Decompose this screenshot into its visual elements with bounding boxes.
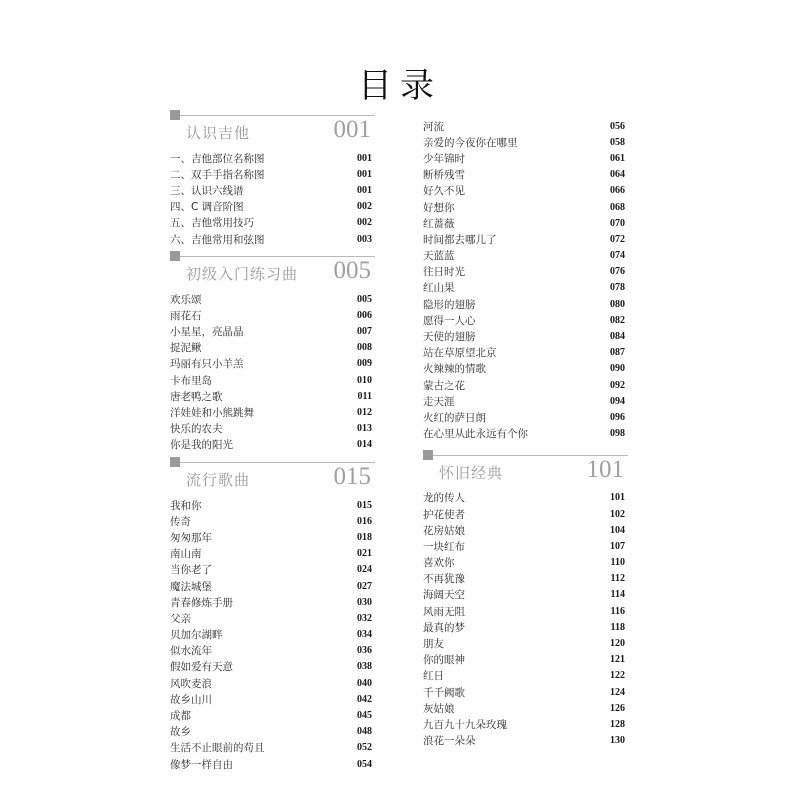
toc-entry-title: 欢乐颂 — [170, 292, 202, 307]
toc-entry-title: 六、吉他常用和弦图 — [170, 232, 265, 247]
toc-entry-title: 往日时光 — [423, 264, 465, 279]
toc-entry[interactable]: 火红的萨日朗096 — [423, 409, 628, 425]
toc-entry[interactable]: 贝加尔湖畔034 — [170, 627, 375, 643]
toc-entry-page: 052 — [357, 742, 375, 753]
section-start-page: 001 — [334, 115, 372, 145]
toc-entry-title: 成都 — [170, 708, 191, 723]
toc-entry-page: 001 — [357, 185, 375, 196]
toc-entry-title: 玛丽有只小羊羔 — [170, 356, 244, 371]
toc-entry[interactable]: 假如爱有天意038 — [170, 659, 375, 675]
toc-entry-page: 068 — [610, 202, 628, 213]
toc-entry-page: 015 — [357, 500, 375, 511]
toc-entry[interactable]: 在心里从此永远有个你098 — [423, 426, 628, 442]
toc-entry[interactable]: 传奇016 — [170, 513, 375, 529]
toc-entry-title: 好久不见 — [423, 183, 465, 198]
toc-entry-title: 唐老鸭之歌 — [170, 389, 223, 404]
toc-entry-title: 故乡 — [170, 724, 191, 739]
section-marker-square — [170, 457, 180, 467]
toc-entry-page: 072 — [610, 234, 628, 245]
section-title: 怀旧经典 — [439, 462, 503, 483]
section-marker-square — [423, 450, 433, 460]
toc-right-column: 河流056亲爱的今夜你在哪里058少年锦时061断桥残雪064好久不见066好想… — [423, 118, 628, 749]
toc-entry-title: 似水流年 — [170, 643, 212, 658]
toc-entry-title: 红日 — [423, 668, 444, 683]
toc-entry[interactable]: 风雨无阻116 — [423, 603, 628, 619]
section-header: 流行歌曲015 — [170, 457, 375, 497]
toc-entry-title: 龙的传人 — [423, 490, 465, 505]
toc-entry-page: 021 — [357, 548, 375, 559]
toc-entry[interactable]: 三、认识六线谱001 — [170, 182, 375, 198]
toc-entry[interactable]: 六、吉他常用和弦图003 — [170, 231, 375, 247]
toc-entry[interactable]: 你的眼神121 — [423, 652, 628, 668]
toc-entry[interactable]: 风吹麦浪040 — [170, 675, 375, 691]
toc-entry-page: 038 — [357, 661, 375, 672]
toc-entry-title: 在心里从此永远有个你 — [423, 426, 528, 441]
toc-entry[interactable]: 站在草原望北京087 — [423, 345, 628, 361]
toc-entry-page: 064 — [610, 169, 628, 180]
toc-entry[interactable]: 天使的翅膀084 — [423, 328, 628, 344]
toc-entry-page: 114 — [611, 589, 628, 600]
toc-entry-title: 传奇 — [170, 514, 191, 529]
toc-entry-page: 126 — [610, 703, 628, 714]
toc-entry[interactable]: 灰姑娘126 — [423, 700, 628, 716]
toc-entry-page: 002 — [357, 201, 375, 212]
toc-entry[interactable]: 唐老鸭之歌011 — [170, 388, 375, 404]
toc-entry[interactable]: 二、双手手指名称图001 — [170, 166, 375, 182]
toc-entry-page: 098 — [610, 428, 628, 439]
toc-entry[interactable]: 天蓝蓝074 — [423, 248, 628, 264]
toc-entry[interactable]: 最真的梦118 — [423, 619, 628, 635]
section-start-page: 101 — [587, 455, 625, 485]
toc-entry[interactable]: 快乐的农夫013 — [170, 421, 375, 437]
toc-entry[interactable]: 捉泥鳅008 — [170, 340, 375, 356]
toc-entry-page: 010 — [357, 375, 375, 386]
toc-entry[interactable]: 当你老了024 — [170, 562, 375, 578]
toc-entry-title: 五、吉他常用技巧 — [170, 215, 254, 230]
toc-entry[interactable]: 雨花石006 — [170, 307, 375, 323]
toc-entry[interactable]: 往日时光076 — [423, 264, 628, 280]
toc-entry-title: 生活不止眼前的苟且 — [170, 740, 265, 755]
toc-entry[interactable]: 走天涯094 — [423, 393, 628, 409]
toc-entry-page: 054 — [357, 759, 375, 770]
toc-entry-title: 二、双手手指名称图 — [170, 167, 265, 182]
toc-entry[interactable]: 卡布里岛010 — [170, 372, 375, 388]
toc-entry-title: 走天涯 — [423, 394, 455, 409]
toc-entry-title: 南山南 — [170, 546, 202, 561]
section-header: 怀旧经典101 — [423, 450, 628, 490]
section-title: 流行歌曲 — [186, 469, 250, 490]
toc-entry-title: 愿得一人心 — [423, 313, 476, 328]
toc-entry-title: 四、C 调音阶图 — [170, 199, 244, 214]
toc-entry-title: 一块红布 — [423, 539, 465, 554]
toc-entry-page: 120 — [610, 638, 628, 649]
toc-entry[interactable]: 我和你015 — [170, 497, 375, 513]
toc-entry[interactable]: 红日122 — [423, 668, 628, 684]
toc-entry[interactable]: 河流056 — [423, 118, 628, 134]
toc-entry[interactable]: 隐形的翅膀080 — [423, 296, 628, 312]
toc-entry-page: 013 — [357, 423, 375, 434]
toc-entry[interactable]: 红蔷薇070 — [423, 215, 628, 231]
toc-entry[interactable]: 蒙古之花092 — [423, 377, 628, 393]
toc-entry[interactable]: 千千阙歌124 — [423, 684, 628, 700]
toc-entry-page: 101 — [610, 492, 628, 503]
toc-entry[interactable]: 故乡山川042 — [170, 691, 375, 707]
toc-entry-page: 128 — [610, 719, 628, 730]
toc-entry[interactable]: 喜欢你110 — [423, 555, 628, 571]
toc-entry-page: 011 — [358, 391, 375, 402]
toc-entry[interactable]: 你是我的阳光014 — [170, 437, 375, 453]
toc-entry[interactable]: 海阔天空114 — [423, 587, 628, 603]
toc-entry-title: 风雨无阻 — [423, 604, 465, 619]
toc-entry-page: 090 — [610, 363, 628, 374]
toc-entry-page: 110 — [611, 557, 628, 568]
toc-entry-page: 121 — [610, 654, 628, 665]
toc-entry[interactable]: 南山南021 — [170, 546, 375, 562]
toc-entry-page: 061 — [610, 153, 628, 164]
toc-entry-title: 最真的梦 — [423, 620, 465, 635]
toc-entry-title: 风吹麦浪 — [170, 676, 212, 691]
toc-entry-title: 捉泥鳅 — [170, 340, 202, 355]
toc-entry-title: 好想你 — [423, 200, 455, 215]
toc-entry-title: 少年锦时 — [423, 151, 465, 166]
toc-entry-title: 我和你 — [170, 498, 202, 513]
toc-entry-page: 032 — [357, 613, 375, 624]
section-marker-square — [170, 251, 180, 261]
toc-entry-page: 107 — [610, 541, 628, 552]
toc-entry[interactable]: 一、吉他部位名称图001 — [170, 150, 375, 166]
section-start-page: 005 — [334, 256, 372, 286]
toc-entry-page: 076 — [610, 266, 628, 277]
toc-entry-title: 隐形的翅膀 — [423, 297, 476, 312]
toc-entry-page: 002 — [357, 217, 375, 228]
toc-entry-page: 078 — [610, 282, 628, 293]
toc-entry[interactable]: 青春修炼手册030 — [170, 594, 375, 610]
toc-entry-page: 007 — [357, 326, 375, 337]
toc-entry[interactable]: 亲爱的今夜你在哪里058 — [423, 134, 628, 150]
toc-entry-title: 亲爱的今夜你在哪里 — [423, 135, 518, 150]
toc-entry[interactable]: 断桥残雪064 — [423, 167, 628, 183]
toc-entry-title: 你是我的阳光 — [170, 437, 233, 452]
toc-entry[interactable]: 护花使者102 — [423, 506, 628, 522]
toc-entry-title: 贝加尔湖畔 — [170, 627, 223, 642]
toc-entry[interactable]: 四、C 调音阶图002 — [170, 199, 375, 215]
toc-entry-title: 浪花一朵朵 — [423, 733, 476, 748]
toc-entry-page: 122 — [610, 670, 628, 681]
toc-entry[interactable]: 龙的传人101 — [423, 490, 628, 506]
toc-entry-title: 火红的萨日朗 — [423, 410, 486, 425]
toc-entry[interactable]: 玛丽有只小羊羔009 — [170, 356, 375, 372]
toc-entry-page: 082 — [610, 315, 628, 326]
toc-entry-page: 084 — [610, 331, 628, 342]
toc-entry-title: 红山果 — [423, 280, 455, 295]
toc-entry[interactable]: 像梦一样自由054 — [170, 756, 375, 772]
toc-entry-page: 027 — [357, 581, 375, 592]
toc-entry-page: 048 — [357, 726, 375, 737]
toc-entry-page: 130 — [610, 735, 628, 746]
toc-entry[interactable]: 匆匆那年018 — [170, 529, 375, 545]
toc-entry-title: 千千阙歌 — [423, 685, 465, 700]
toc-entry-page: 006 — [357, 310, 375, 321]
toc-entry-title: 九百九十九朵玫瑰 — [423, 717, 507, 732]
toc-entry-page: 070 — [610, 218, 628, 229]
toc-entry-page: 096 — [610, 412, 628, 423]
toc-entry-title: 河流 — [423, 119, 444, 134]
toc-entry-page: 001 — [357, 153, 375, 164]
toc-entry-page: 016 — [357, 516, 375, 527]
toc-entry-title: 像梦一样自由 — [170, 757, 233, 772]
toc-entry[interactable]: 魔法城堡027 — [170, 578, 375, 594]
toc-entry[interactable]: 似水流年036 — [170, 643, 375, 659]
toc-entry-title: 花房姑娘 — [423, 523, 465, 538]
toc-entry-page: 080 — [610, 299, 628, 310]
toc-entry-title: 红蔷薇 — [423, 216, 455, 231]
toc-entry-page: 001 — [357, 169, 375, 180]
toc-entry[interactable]: 洋娃娃和小熊跳舞012 — [170, 404, 375, 420]
toc-entry-page: 056 — [610, 121, 628, 132]
toc-entry-title: 不再犹豫 — [423, 571, 465, 586]
section-title: 初级入门练习曲 — [186, 263, 298, 284]
toc-entry-page: 014 — [357, 439, 375, 450]
toc-entry-title: 快乐的农夫 — [170, 421, 223, 436]
toc-entry[interactable]: 红山果078 — [423, 280, 628, 296]
section-header: 初级入门练习曲005 — [170, 251, 375, 291]
toc-entry-page: 003 — [357, 234, 375, 245]
toc-entry-title: 洋娃娃和小熊跳舞 — [170, 405, 254, 420]
toc-entry[interactable]: 花房姑娘104 — [423, 522, 628, 538]
section-header: 认识吉他001 — [170, 110, 375, 150]
toc-entry-title: 天使的翅膀 — [423, 329, 476, 344]
toc-entry[interactable]: 时间都去哪儿了072 — [423, 231, 628, 247]
toc-entry-title: 卡布里岛 — [170, 373, 212, 388]
toc-entry[interactable]: 父亲032 — [170, 610, 375, 626]
toc-entry[interactable]: 五、吉他常用技巧002 — [170, 215, 375, 231]
toc-entry[interactable]: 小星星，亮晶晶007 — [170, 324, 375, 340]
toc-entry-page: 074 — [610, 250, 628, 261]
toc-entry-page: 012 — [357, 407, 375, 418]
toc-entry-page: 036 — [357, 645, 375, 656]
toc-entry-title: 小星星，亮晶晶 — [170, 324, 244, 339]
toc-entry[interactable]: 九百九十九朵玫瑰128 — [423, 716, 628, 732]
toc-entry-page: 066 — [610, 185, 628, 196]
toc-entry-title: 火辣辣的情歌 — [423, 361, 486, 376]
toc-entry-title: 青春修炼手册 — [170, 595, 233, 610]
toc-entry-page: 045 — [357, 710, 375, 721]
toc-entry[interactable]: 朋友120 — [423, 635, 628, 651]
toc-entry-title: 你的眼神 — [423, 652, 465, 667]
toc-entry-page: 102 — [610, 509, 628, 520]
toc-entry-page: 009 — [357, 358, 375, 369]
toc-entry-title: 海阔天空 — [423, 587, 465, 602]
toc-entry-title: 护花使者 — [423, 507, 465, 522]
toc-entry-title: 魔法城堡 — [170, 579, 212, 594]
toc-entry-title: 蒙古之花 — [423, 378, 465, 393]
toc-entry-title: 父亲 — [170, 611, 191, 626]
toc-entry-page: 104 — [610, 525, 628, 536]
toc-entry[interactable]: 一块红布107 — [423, 538, 628, 554]
toc-entry[interactable]: 好想你068 — [423, 199, 628, 215]
toc-entry[interactable]: 生活不止眼前的苟且052 — [170, 740, 375, 756]
toc-entry[interactable]: 浪花一朵朵130 — [423, 733, 628, 749]
toc-entry-page: 034 — [357, 629, 375, 640]
toc-entry-page: 124 — [610, 687, 628, 698]
toc-entry-title: 朋友 — [423, 636, 444, 651]
page-title: 目录 — [0, 58, 800, 107]
toc-entry-page: 094 — [610, 396, 628, 407]
toc-entry-title: 一、吉他部位名称图 — [170, 151, 265, 166]
toc-entry-page: 024 — [357, 564, 375, 575]
section-marker-square — [170, 110, 180, 120]
toc-entry-title: 天蓝蓝 — [423, 248, 455, 263]
toc-entry-title: 三、认识六线谱 — [170, 183, 244, 198]
toc-entry-title: 匆匆那年 — [170, 530, 212, 545]
toc-entry-title: 当你老了 — [170, 562, 212, 577]
toc-entry-title: 灰姑娘 — [423, 701, 455, 716]
toc-entry-page: 042 — [357, 694, 375, 705]
toc-entry[interactable]: 火辣辣的情歌090 — [423, 361, 628, 377]
toc-entry-page: 116 — [611, 606, 628, 617]
toc-entry-page: 008 — [357, 342, 375, 353]
toc-entry-title: 断桥残雪 — [423, 167, 465, 182]
toc-entry[interactable]: 成都045 — [170, 707, 375, 723]
toc-entry-page: 018 — [357, 532, 375, 543]
toc-entry-title: 时间都去哪儿了 — [423, 232, 497, 247]
toc-entry[interactable]: 不再犹豫112 — [423, 571, 628, 587]
toc-entry-page: 118 — [611, 622, 628, 633]
toc-left-column: 认识吉他001一、吉他部位名称图001二、双手手指名称图001三、认识六线谱00… — [170, 110, 375, 776]
section-start-page: 015 — [334, 462, 372, 492]
toc-entry-page: 040 — [357, 678, 375, 689]
toc-entry[interactable]: 故乡048 — [170, 724, 375, 740]
toc-entry-page: 087 — [610, 347, 628, 358]
toc-entry-page: 092 — [610, 380, 628, 391]
toc-entry[interactable]: 欢乐颂005 — [170, 291, 375, 307]
toc-entry-page: 112 — [611, 573, 628, 584]
toc-entry-title: 雨花石 — [170, 308, 202, 323]
section-title: 认识吉他 — [186, 122, 250, 143]
toc-entry[interactable]: 少年锦时061 — [423, 150, 628, 166]
toc-entry-title: 假如爱有天意 — [170, 659, 233, 674]
toc-entry-title: 喜欢你 — [423, 555, 455, 570]
toc-entry-title: 故乡山川 — [170, 692, 212, 707]
toc-entry-title: 站在草原望北京 — [423, 345, 497, 360]
toc-entry-page: 030 — [357, 597, 375, 608]
toc-entry[interactable]: 愿得一人心082 — [423, 312, 628, 328]
toc-entry[interactable]: 好久不见066 — [423, 183, 628, 199]
toc-entry-page: 005 — [357, 294, 375, 305]
toc-entry-page: 058 — [610, 137, 628, 148]
